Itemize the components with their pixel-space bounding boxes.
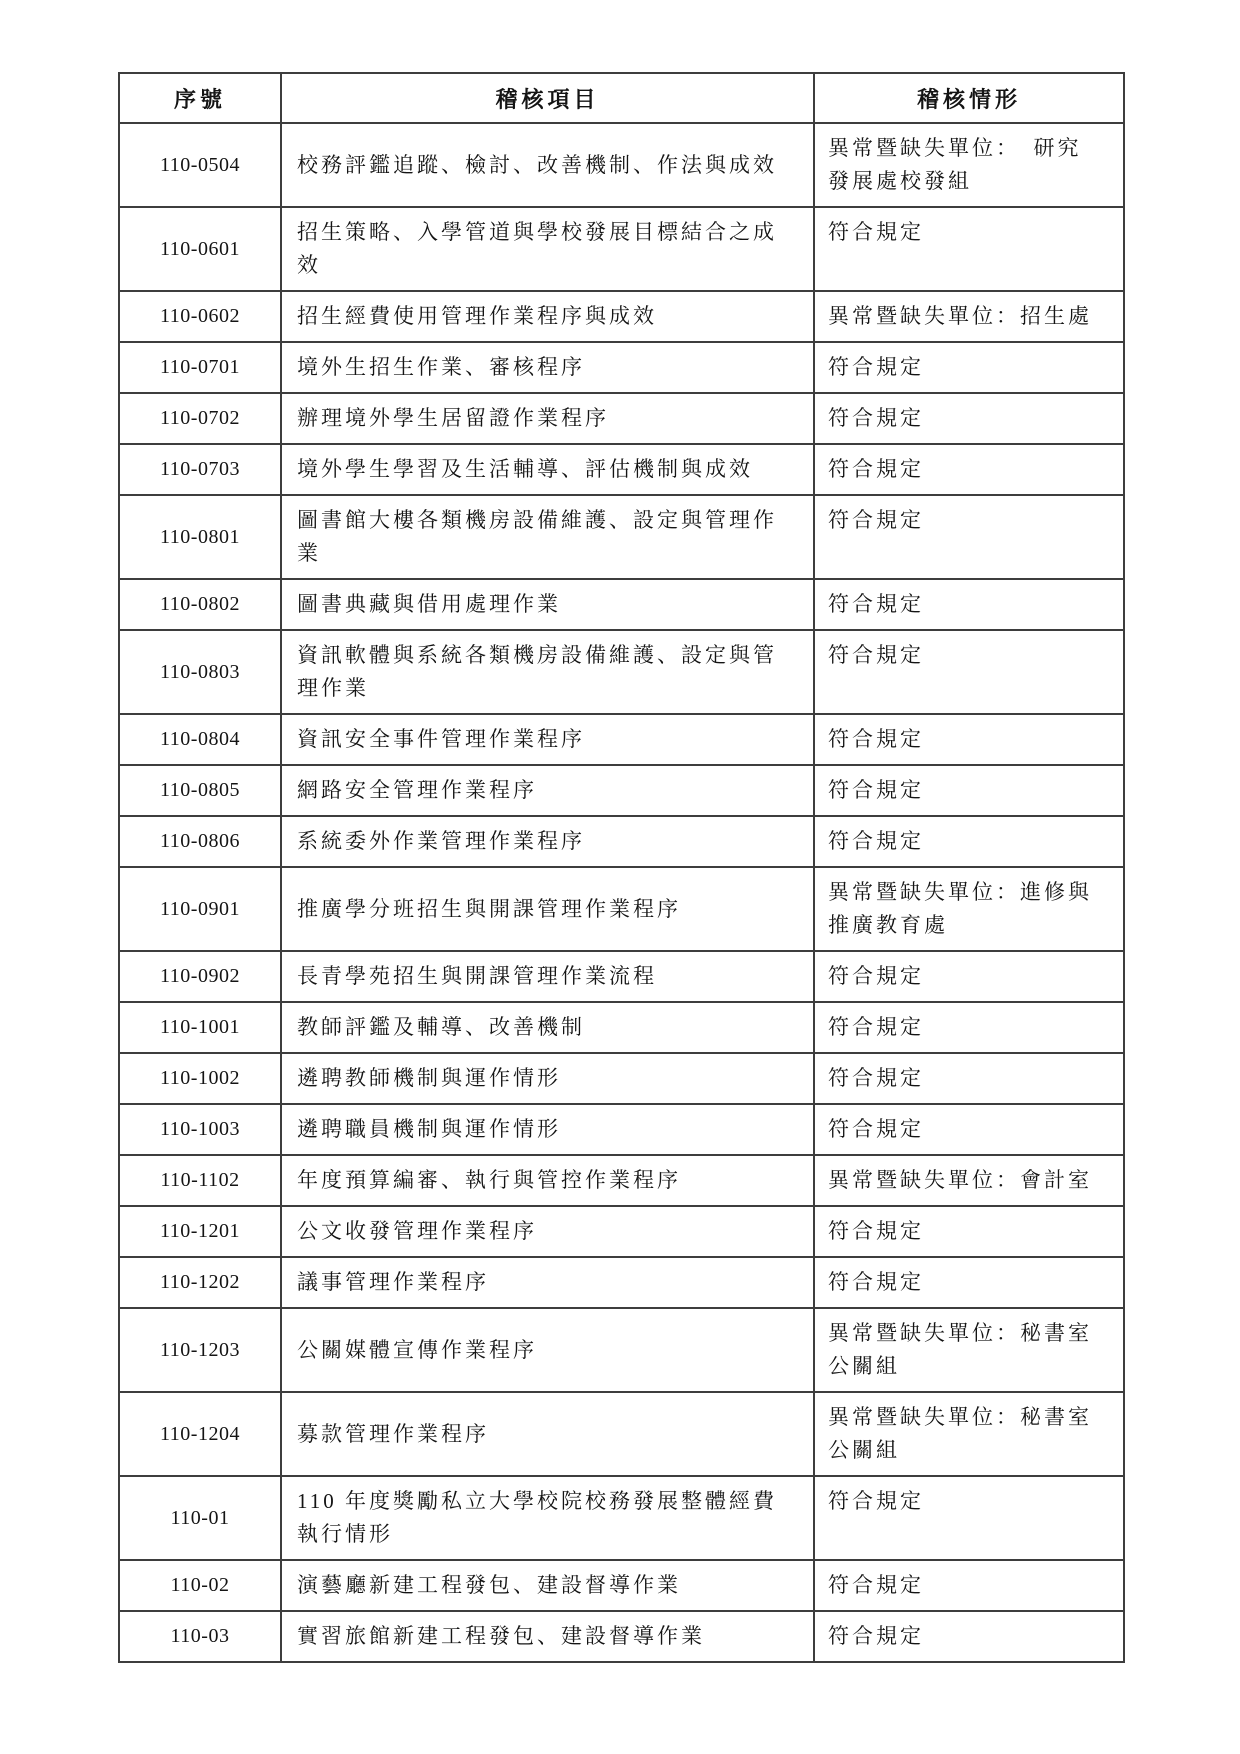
serial-number-cell: 110-03 (119, 1611, 281, 1662)
audit-status-cell: 符合規定 (814, 1053, 1124, 1104)
audit-status-cell: 符合規定 (814, 342, 1124, 393)
table-header-row: 序號 稽核項目 稽核情形 (119, 73, 1124, 123)
header-serial-number: 序號 (119, 73, 281, 123)
serial-number-cell: 110-02 (119, 1560, 281, 1611)
audit-item-cell: 年度預算編審、執行與管控作業程序 (281, 1155, 814, 1206)
serial-number-cell: 110-0902 (119, 951, 281, 1002)
serial-number-cell: 110-0601 (119, 207, 281, 291)
audit-status-cell: 異常暨缺失單位：招生處 (814, 291, 1124, 342)
serial-number-cell: 110-0804 (119, 714, 281, 765)
audit-item-cell: 校務評鑑追蹤、檢討、改善機制、作法與成效 (281, 123, 814, 207)
audit-status-cell: 符合規定 (814, 207, 1124, 291)
table-row: 110-0901 推廣學分班招生與開課管理作業程序 異常暨缺失單位：進修與 推廣… (119, 867, 1124, 951)
audit-status-cell: 符合規定 (814, 1476, 1124, 1560)
audit-item-cell: 募款管理作業程序 (281, 1392, 814, 1476)
audit-item-cell: 資訊軟體與系統各類機房設備維護、設定與管 理作業 (281, 630, 814, 714)
serial-number-cell: 110-1002 (119, 1053, 281, 1104)
audit-item-cell: 招生策略、入學管道與學校發展目標結合之成 效 (281, 207, 814, 291)
audit-item-cell: 實習旅館新建工程發包、建設督導作業 (281, 1611, 814, 1662)
table-row: 110-1003 遴聘職員機制與運作情形 符合規定 (119, 1104, 1124, 1155)
audit-status-cell: 符合規定 (814, 951, 1124, 1002)
audit-status-cell: 符合規定 (814, 1560, 1124, 1611)
audit-item-cell: 演藝廳新建工程發包、建設督導作業 (281, 1560, 814, 1611)
audit-item-cell: 圖書典藏與借用處理作業 (281, 579, 814, 630)
audit-status-cell: 符合規定 (814, 1257, 1124, 1308)
audit-status-cell: 符合規定 (814, 630, 1124, 714)
serial-number-cell: 110-1201 (119, 1206, 281, 1257)
header-audit-item: 稽核項目 (281, 73, 814, 123)
audit-item-cell: 系統委外作業管理作業程序 (281, 816, 814, 867)
document-page: 序號 稽核項目 稽核情形 110-0504 校務評鑑追蹤、檢討、改善機制、作法與… (0, 0, 1240, 1754)
table-row: 110-0806 系統委外作業管理作業程序 符合規定 (119, 816, 1124, 867)
serial-number-cell: 110-0702 (119, 393, 281, 444)
audit-status-cell: 符合規定 (814, 495, 1124, 579)
audit-item-cell: 110 年度獎勵私立大學校院校務發展整體經費 執行情形 (281, 1476, 814, 1560)
audit-status-cell: 異常暨缺失單位：會計室 (814, 1155, 1124, 1206)
audit-status-cell: 符合規定 (814, 1206, 1124, 1257)
audit-item-cell: 推廣學分班招生與開課管理作業程序 (281, 867, 814, 951)
audit-status-cell: 符合規定 (814, 579, 1124, 630)
audit-item-cell: 網路安全管理作業程序 (281, 765, 814, 816)
table-body: 110-0504 校務評鑑追蹤、檢討、改善機制、作法與成效 異常暨缺失單位： 研… (119, 123, 1124, 1662)
audit-status-cell: 符合規定 (814, 1104, 1124, 1155)
audit-item-cell: 招生經費使用管理作業程序與成效 (281, 291, 814, 342)
table-row: 110-0802 圖書典藏與借用處理作業 符合規定 (119, 579, 1124, 630)
serial-number-cell: 110-0901 (119, 867, 281, 951)
audit-status-cell: 符合規定 (814, 444, 1124, 495)
table-row: 110-1203 公關媒體宣傳作業程序 異常暨缺失單位：秘書室 公關組 (119, 1308, 1124, 1392)
table-row: 110-0801 圖書館大樓各類機房設備維護、設定與管理作 業 符合規定 (119, 495, 1124, 579)
serial-number-cell: 110-0803 (119, 630, 281, 714)
serial-number-cell: 110-0805 (119, 765, 281, 816)
serial-number-cell: 110-0504 (119, 123, 281, 207)
table-row: 110-0804 資訊安全事件管理作業程序 符合規定 (119, 714, 1124, 765)
table-row: 110-1102 年度預算編審、執行與管控作業程序 異常暨缺失單位：會計室 (119, 1155, 1124, 1206)
table-row: 110-0602 招生經費使用管理作業程序與成效 異常暨缺失單位：招生處 (119, 291, 1124, 342)
audit-item-cell: 公關媒體宣傳作業程序 (281, 1308, 814, 1392)
audit-item-cell: 遴聘職員機制與運作情形 (281, 1104, 814, 1155)
table-row: 110-02 演藝廳新建工程發包、建設督導作業 符合規定 (119, 1560, 1124, 1611)
serial-number-cell: 110-0602 (119, 291, 281, 342)
serial-number-cell: 110-0806 (119, 816, 281, 867)
audit-item-cell: 境外生招生作業、審核程序 (281, 342, 814, 393)
audit-status-cell: 符合規定 (814, 816, 1124, 867)
audit-status-cell: 異常暨缺失單位：秘書室 公關組 (814, 1308, 1124, 1392)
audit-item-cell: 圖書館大樓各類機房設備維護、設定與管理作 業 (281, 495, 814, 579)
audit-item-cell: 遴聘教師機制與運作情形 (281, 1053, 814, 1104)
table-row: 110-1001 教師評鑑及輔導、改善機制 符合規定 (119, 1002, 1124, 1053)
serial-number-cell: 110-1003 (119, 1104, 281, 1155)
table-row: 110-03 實習旅館新建工程發包、建設督導作業 符合規定 (119, 1611, 1124, 1662)
audit-status-cell: 符合規定 (814, 1002, 1124, 1053)
audit-table: 序號 稽核項目 稽核情形 110-0504 校務評鑑追蹤、檢討、改善機制、作法與… (118, 72, 1125, 1663)
table-row: 110-0601 招生策略、入學管道與學校發展目標結合之成 效 符合規定 (119, 207, 1124, 291)
audit-item-cell: 長青學苑招生與開課管理作業流程 (281, 951, 814, 1002)
table-row: 110-1204 募款管理作業程序 異常暨缺失單位：秘書室 公關組 (119, 1392, 1124, 1476)
table-row: 110-0701 境外生招生作業、審核程序 符合規定 (119, 342, 1124, 393)
audit-item-cell: 資訊安全事件管理作業程序 (281, 714, 814, 765)
table-row: 110-1002 遴聘教師機制與運作情形 符合規定 (119, 1053, 1124, 1104)
audit-status-cell: 異常暨缺失單位：進修與 推廣教育處 (814, 867, 1124, 951)
serial-number-cell: 110-1001 (119, 1002, 281, 1053)
table-row: 110-0902 長青學苑招生與開課管理作業流程 符合規定 (119, 951, 1124, 1002)
audit-status-cell: 符合規定 (814, 765, 1124, 816)
serial-number-cell: 110-1203 (119, 1308, 281, 1392)
audit-item-cell: 議事管理作業程序 (281, 1257, 814, 1308)
serial-number-cell: 110-1202 (119, 1257, 281, 1308)
serial-number-cell: 110-0801 (119, 495, 281, 579)
audit-status-cell: 異常暨缺失單位： 研究 發展處校發組 (814, 123, 1124, 207)
audit-status-cell: 符合規定 (814, 393, 1124, 444)
table-row: 110-0504 校務評鑑追蹤、檢討、改善機制、作法與成效 異常暨缺失單位： 研… (119, 123, 1124, 207)
table-row: 110-0702 辦理境外學生居留證作業程序 符合規定 (119, 393, 1124, 444)
table-row: 110-0803 資訊軟體與系統各類機房設備維護、設定與管 理作業 符合規定 (119, 630, 1124, 714)
table-row: 110-1202 議事管理作業程序 符合規定 (119, 1257, 1124, 1308)
serial-number-cell: 110-01 (119, 1476, 281, 1560)
table-row: 110-1201 公文收發管理作業程序 符合規定 (119, 1206, 1124, 1257)
header-audit-status: 稽核情形 (814, 73, 1124, 123)
serial-number-cell: 110-0802 (119, 579, 281, 630)
audit-status-cell: 符合規定 (814, 714, 1124, 765)
audit-item-cell: 境外學生學習及生活輔導、評估機制與成效 (281, 444, 814, 495)
serial-number-cell: 110-1102 (119, 1155, 281, 1206)
audit-status-cell: 符合規定 (814, 1611, 1124, 1662)
serial-number-cell: 110-0701 (119, 342, 281, 393)
table-row: 110-0703 境外學生學習及生活輔導、評估機制與成效 符合規定 (119, 444, 1124, 495)
serial-number-cell: 110-0703 (119, 444, 281, 495)
serial-number-cell: 110-1204 (119, 1392, 281, 1476)
table-row: 110-0805 網路安全管理作業程序 符合規定 (119, 765, 1124, 816)
audit-item-cell: 辦理境外學生居留證作業程序 (281, 393, 814, 444)
audit-status-cell: 異常暨缺失單位：秘書室 公關組 (814, 1392, 1124, 1476)
audit-item-cell: 教師評鑑及輔導、改善機制 (281, 1002, 814, 1053)
audit-item-cell: 公文收發管理作業程序 (281, 1206, 814, 1257)
table-row: 110-01 110 年度獎勵私立大學校院校務發展整體經費 執行情形 符合規定 (119, 1476, 1124, 1560)
